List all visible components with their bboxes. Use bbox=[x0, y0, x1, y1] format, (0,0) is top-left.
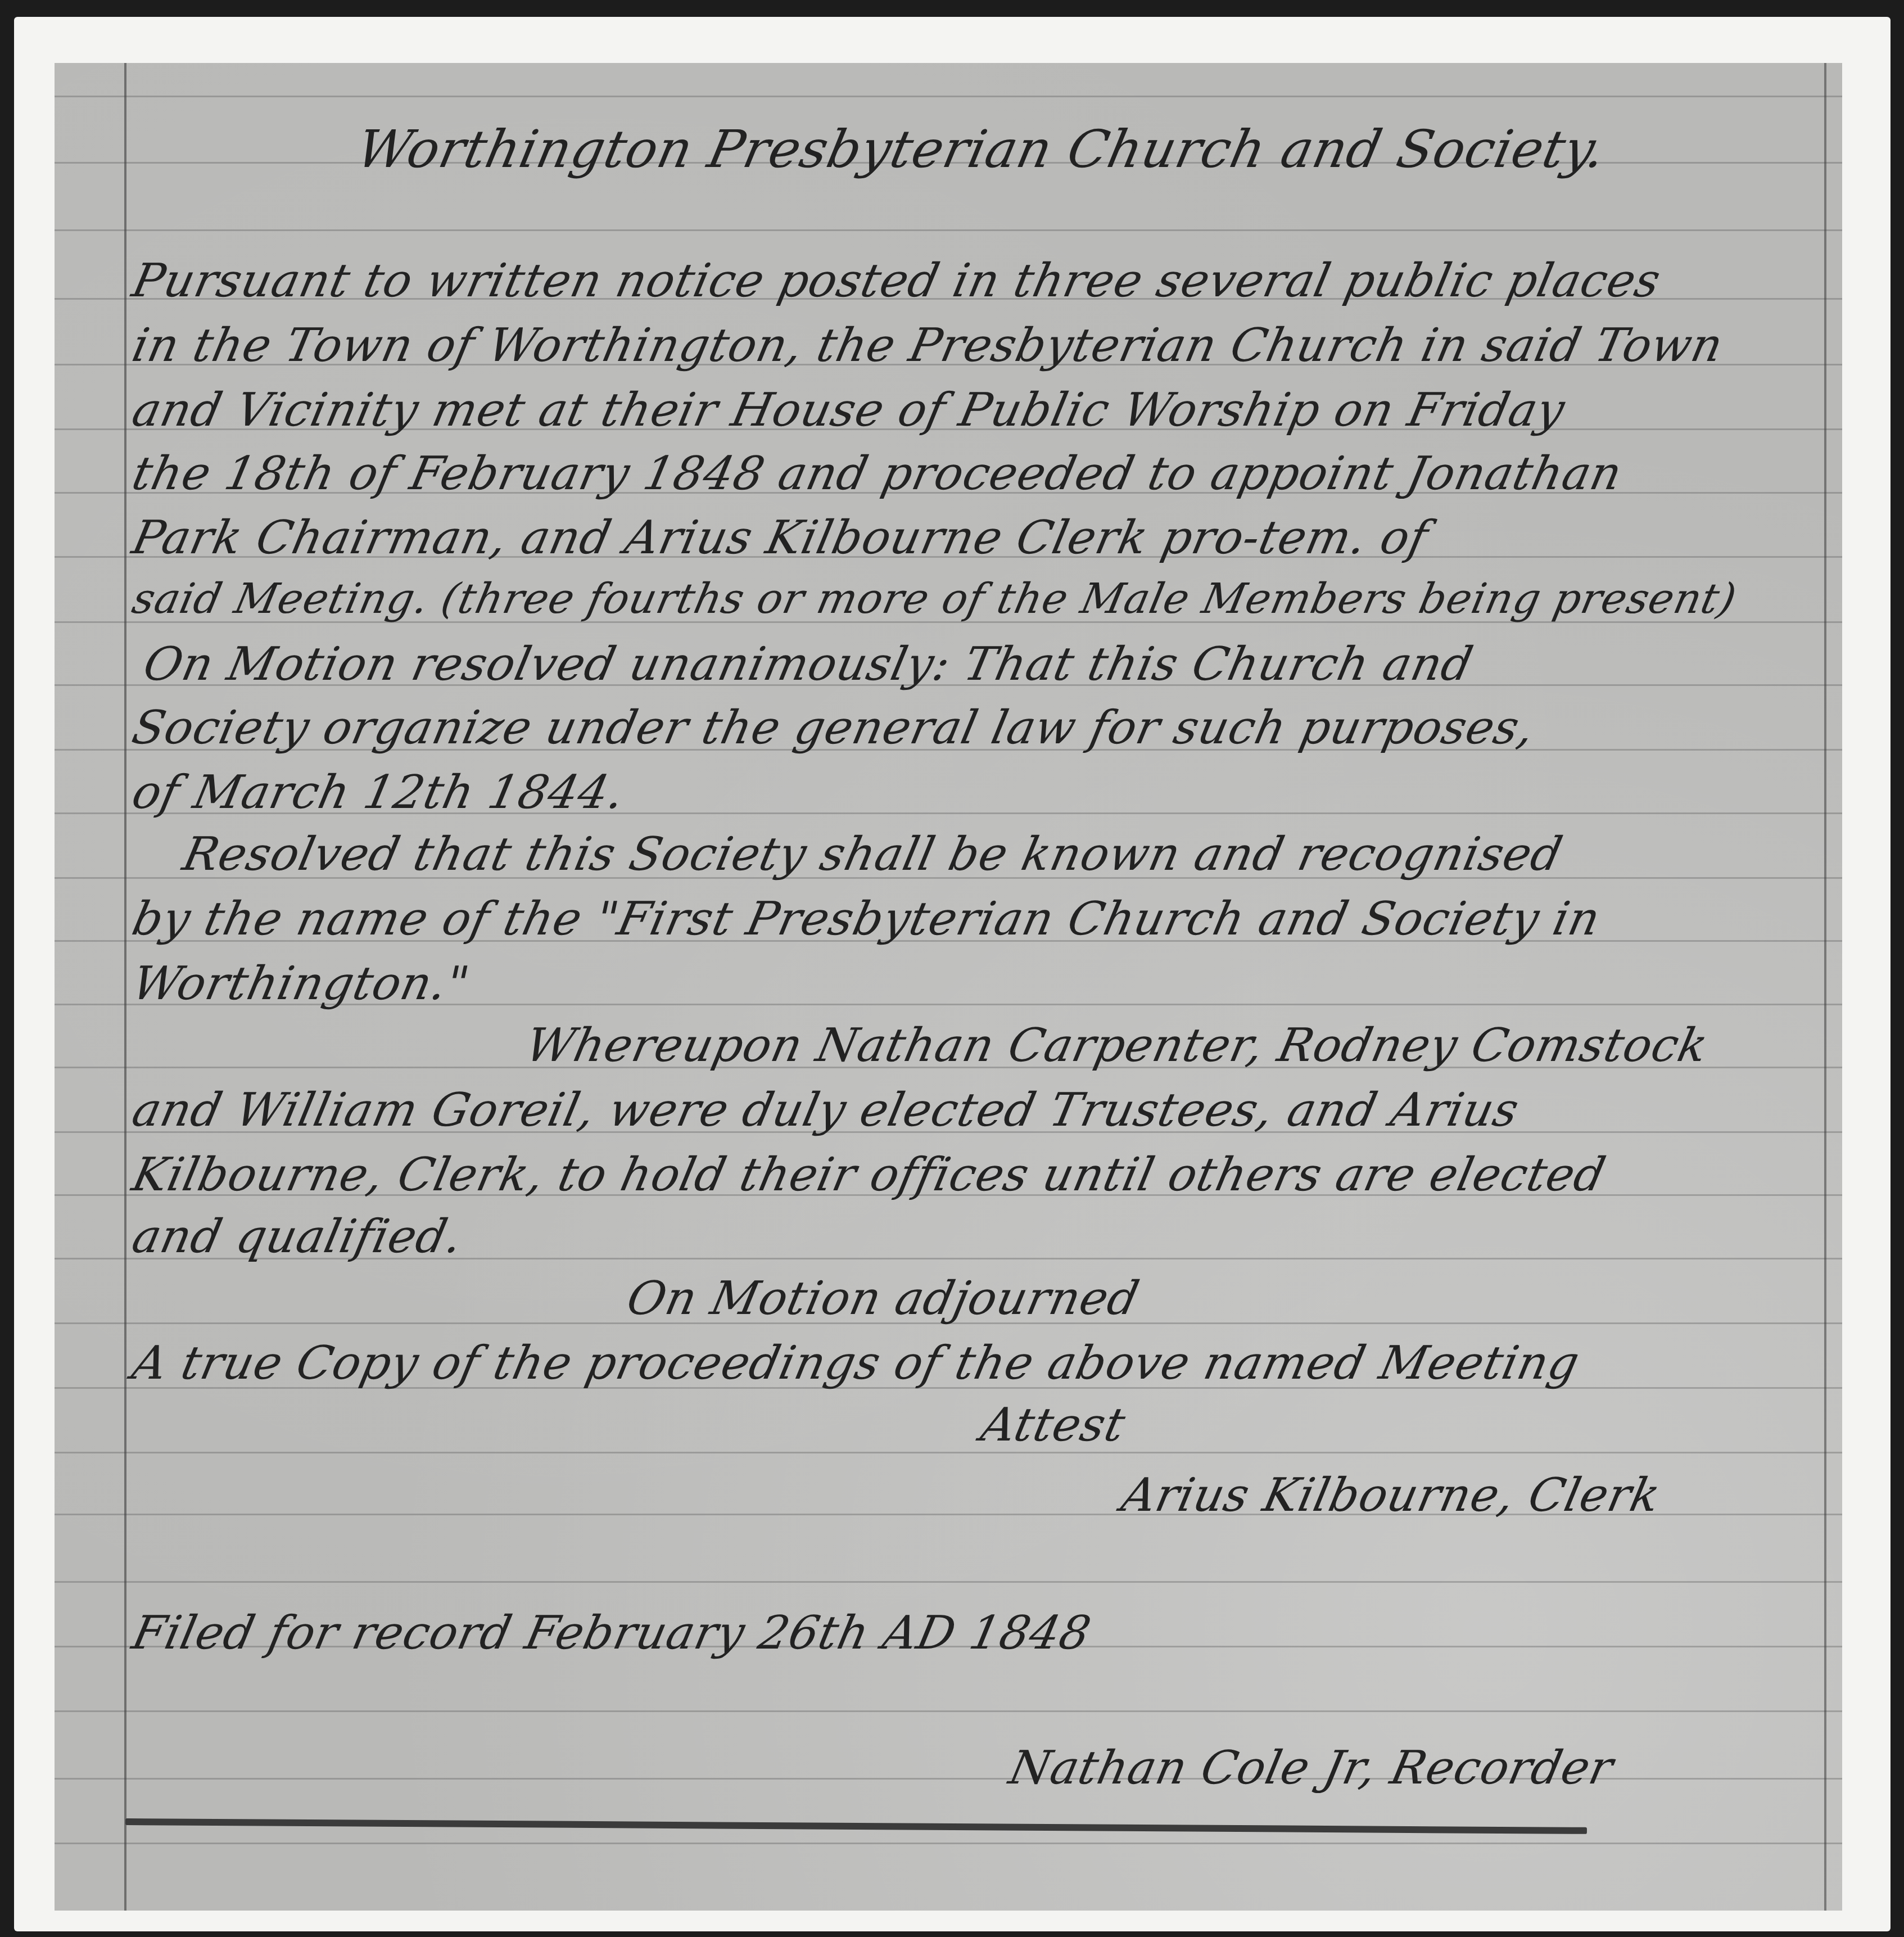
text-line: On Motion adjourned bbox=[622, 1272, 1144, 1325]
ruled-line bbox=[55, 229, 1842, 231]
document-title: Worthington Presbyterian Church and Soci… bbox=[352, 119, 1612, 179]
text-line: and qualified. bbox=[128, 1210, 468, 1263]
text-line: said Meeting. (three fourths or more of … bbox=[128, 575, 1741, 623]
filing-note: Filed for record February 26th AD 1848 bbox=[128, 1606, 1096, 1660]
bottom-rule-line bbox=[125, 1818, 1587, 1834]
ruled-line bbox=[55, 1581, 1842, 1583]
text-line: A true Copy of the proceedings of the ab… bbox=[128, 1337, 1584, 1390]
ledger-page: Worthington Presbyterian Church and Soci… bbox=[55, 63, 1842, 1911]
clerk-signature: Arius Kilbourne, Clerk bbox=[1117, 1469, 1665, 1522]
text-line: Resolved that this Society shall be know… bbox=[178, 828, 1567, 881]
text-line: Worthington." bbox=[128, 957, 474, 1010]
text-line: in the Town of Worthington, the Presbyte… bbox=[128, 319, 1728, 372]
ruled-line bbox=[55, 1843, 1842, 1844]
text-line: On Motion resolved unanimously: That thi… bbox=[139, 638, 1478, 691]
text-line: Park Chairman, and Arius Kilbourne Clerk… bbox=[128, 511, 1433, 565]
left-margin-line bbox=[124, 63, 126, 1911]
attest-label: Attest bbox=[976, 1398, 1130, 1452]
ruled-line bbox=[55, 1710, 1842, 1712]
ruled-line bbox=[55, 96, 1842, 97]
ruled-line bbox=[55, 1452, 1842, 1453]
text-line: Whereupon Nathan Carpenter, Rodney Comst… bbox=[521, 1019, 1713, 1072]
text-line: Society organize under the general law f… bbox=[128, 701, 1540, 755]
text-line: of March 12th 1844. bbox=[128, 766, 630, 819]
text-line: and Vicinity met at their House of Publi… bbox=[128, 383, 1570, 437]
text-line: the 18th of February 1848 and proceeded … bbox=[128, 447, 1627, 500]
text-line: and William Goreil, were duly elected Tr… bbox=[128, 1083, 1524, 1137]
recorder-signature: Nathan Cole Jr, Recorder bbox=[1005, 1741, 1618, 1795]
right-margin-line bbox=[1824, 63, 1826, 1911]
text-line: by the name of the "First Presbyterian C… bbox=[128, 892, 1605, 946]
text-line: Kilbourne, Clerk, to hold their offices … bbox=[128, 1148, 1611, 1202]
text-line: Pursuant to written notice posted in thr… bbox=[128, 254, 1666, 308]
